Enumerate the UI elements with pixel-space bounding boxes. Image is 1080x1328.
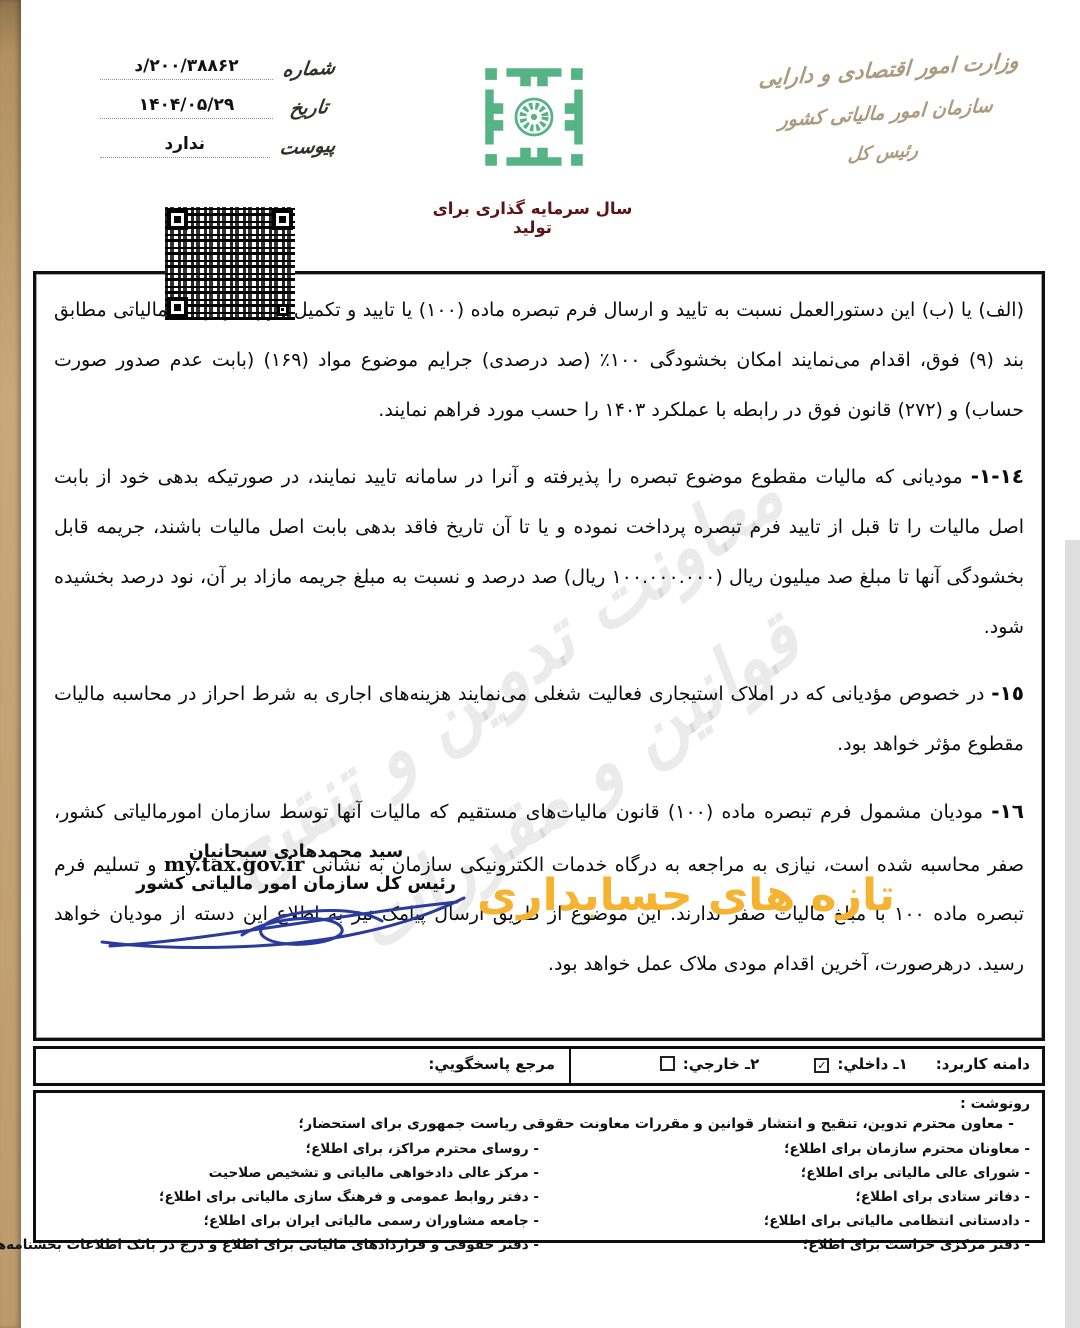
cc-columns: - معاونان محترم سازمان برای اطلاع؛ - شور… (48, 1137, 1030, 1257)
signer-name: سید محمدهادی سبحانیان (128, 836, 464, 868)
attachment-row: پیوست ندارد (100, 134, 335, 158)
qr-finder-icon (277, 304, 289, 316)
cc-item: - دفتر حقوقی و قراردادهای مالیاتی برای ا… (48, 1233, 539, 1257)
date-label: تاریخ (281, 96, 336, 121)
scan-edge-right (1065, 540, 1080, 1328)
qr-finder-dot (279, 216, 286, 223)
paragraph-15-number: ۱٥- (991, 681, 1024, 705)
paragraph-16-number: ۱٦- (991, 799, 1024, 823)
number-row: شماره ۲۰۰/۳۸۸۶۲/د (100, 56, 335, 80)
responder-cell: مرجع پاسخگویي: (36, 1049, 571, 1083)
scanned-letter-page: شماره ۲۰۰/۳۸۸۶۲/د تاریخ ۱۴۰۴/۰۵/۲۹ پیوست… (0, 0, 1080, 1328)
cc-item: - دفاتر ستادی برای اطلاع؛ (539, 1185, 1030, 1209)
scope-external-label: ۲ـ خارجي: (683, 1055, 760, 1073)
date-value: ۱۴۰۴/۰۵/۲۹ (100, 95, 273, 119)
date-row: تاریخ ۱۴۰۴/۰۵/۲۹ (100, 95, 335, 119)
cc-item: - دفتر روابط عمومی و فرهنگ سازی مالیاتی … (48, 1185, 539, 1209)
paragraph-14-1: ۱٤-۱- مودیانی که مالیات مقطوع موضوع تبصر… (54, 450, 1024, 652)
paragraph-14-1-text: مودیانی که مالیات مقطوع موضوع تبصره را پ… (54, 466, 1024, 637)
paragraph-15: ۱٥- در خصوص مؤدیانی که در املاک استیجاری… (54, 667, 1024, 770)
scan-edge-left (0, 0, 21, 1328)
qr-finder-dot (281, 308, 284, 311)
scope-internal-label: ۱ـ داخلي: (837, 1055, 907, 1073)
cc-item-full: - معاون محترم تدوین، تنقیح و انتشار قوان… (48, 1113, 1030, 1137)
responder-label: مرجع پاسخگویي: (428, 1055, 555, 1073)
scope-cell: دامنه کاربرد:۱ـ داخلي:✓۲ـ خارجي: (571, 1049, 1042, 1083)
qr-finder-dot (174, 304, 181, 311)
number-value: ۲۰۰/۳۸۸۶۲/د (100, 56, 273, 80)
cc-item: - معاونان محترم سازمان برای اطلاع؛ (539, 1137, 1030, 1161)
cc-item: - دفتر مرکزی حراست برای اطلاع؛ (539, 1233, 1030, 1257)
tax-organization-logo-icon (481, 57, 587, 177)
letterhead-calligraphy: وزارت امور اقتصادی و دارایی سازمان امور … (751, 38, 1021, 182)
qr-code (165, 207, 295, 320)
cc-item: - مرکز عالی دادخواهی مالیاتی و تشخیص صلا… (48, 1161, 539, 1185)
scope-label: دامنه کاربرد: (936, 1055, 1030, 1073)
attachment-value: ندارد (100, 134, 270, 158)
year-slogan: سال سرمایه گذاری برای تولید (420, 199, 645, 237)
paragraph-14-1-number: ۱٤-۱- (971, 464, 1024, 488)
cc-item: - دادستانی انتظامی مالیاتی برای اطلاع؛ (539, 1209, 1030, 1233)
cc-box: رونوشت : - معاون محترم تدوین، تنقیح و ان… (33, 1090, 1045, 1243)
qr-finder-dot (174, 216, 181, 223)
qr-finder-icon (272, 209, 293, 230)
scope-table: دامنه کاربرد:۱ـ داخلي:✓۲ـ خارجي: مرجع پا… (33, 1046, 1045, 1086)
number-label: شماره (281, 57, 336, 82)
paragraph-15-text: در خصوص مؤدیانی که در املاک استیجاری فعا… (54, 683, 1024, 755)
attachment-label: پیوست (278, 135, 337, 160)
cc-item: - شورای عالی مالیاتی برای اطلاع؛ (539, 1161, 1030, 1185)
qr-finder-icon (167, 297, 188, 318)
internal-checkbox-checked: ✓ (814, 1058, 829, 1073)
site-watermark: تازه های حسابداری (505, 870, 895, 921)
letterhead-fields: شماره ۲۰۰/۳۸۸۶۲/د تاریخ ۱۴۰۴/۰۵/۲۹ پیوست… (100, 56, 335, 173)
external-checkbox-empty (660, 1056, 675, 1071)
qr-finder-icon (167, 209, 188, 230)
cc-header: رونوشت : (48, 1096, 1030, 1112)
handwritten-signature (92, 878, 482, 962)
cc-column-right: - معاونان محترم سازمان برای اطلاع؛ - شور… (539, 1137, 1030, 1257)
cc-item: - جامعه مشاوران رسمی مالیاتی ایران برای … (48, 1209, 539, 1233)
cc-item: - روسای محترم مراکز، برای اطلاع؛ (48, 1137, 539, 1161)
cc-column-left: - روسای محترم مراکز، برای اطلاع؛ - مرکز … (48, 1137, 539, 1257)
